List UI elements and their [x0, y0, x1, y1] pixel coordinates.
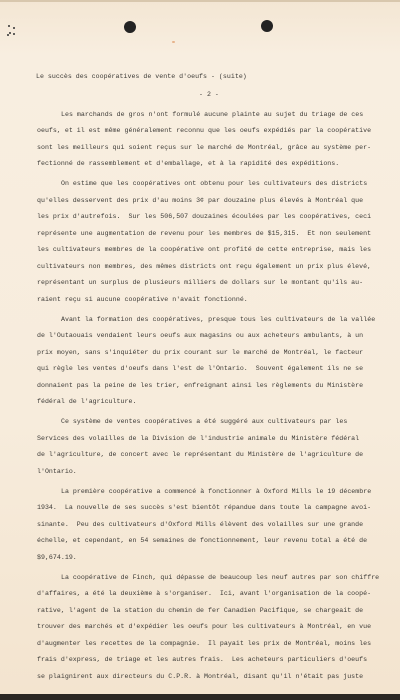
text-line: représente une augmentation de revenu po… — [37, 230, 371, 237]
text-line: d'augmenter les recettes de la compagnie… — [37, 640, 371, 647]
text-line: trouver des marchés et d'expédier les oe… — [37, 623, 371, 630]
text-line: oeufs, et il est même généralement recon… — [37, 127, 371, 134]
punch-hole-left-icon — [124, 21, 136, 33]
text-line: fectionné de rassemblement et d'emballag… — [37, 160, 339, 167]
document-page: Le succès des coopératives de vente d'oe… — [0, 0, 400, 694]
text-line: 1934. La nouvelle de ses succès s'est bi… — [37, 504, 371, 511]
text-line: échelle, et cependant, en 54 semaines de… — [37, 537, 367, 544]
scan-bottom-edge — [0, 694, 400, 700]
page-top-edge — [0, 0, 400, 2]
text-line: sinante. Peu des cultivateurs d'Oxford M… — [37, 521, 363, 528]
text-line: les cultivateurs membres de la coopérati… — [37, 246, 371, 253]
text-line: donnaient pas la peine de les trier, enf… — [37, 382, 363, 389]
page-number: - 2 - — [199, 91, 219, 98]
text-line: d'affaires, a été la deuxième à s'organi… — [37, 590, 371, 597]
text-line: Les marchands de gros n'ont formulé aucu… — [61, 111, 363, 118]
text-line: de l'agriculture, de concert avec le rep… — [37, 451, 363, 458]
text-line: représentant un surplus de plusieurs mil… — [37, 279, 363, 286]
text-line: frais d'express, de triage et les autres… — [37, 656, 367, 663]
text-line: de l'Outaouais vendaient leurs oeufs aux… — [37, 332, 363, 339]
text-line: cultivateurs non membres, des mêmes dist… — [37, 263, 371, 270]
text-line: qui règle les ventes d'oeufs dans l'est … — [37, 365, 363, 372]
text-line: fédéral de l'agriculture. — [37, 398, 136, 405]
document-heading: Le succès des coopératives de vente d'oe… — [36, 73, 247, 80]
corner-mark-icon — [6, 24, 16, 38]
text-line: La coopérative de Finch, qui dépasse de … — [61, 574, 379, 581]
text-line: qu'elles desservent des prix d'au moins … — [37, 197, 363, 204]
text-line: rative, l'agent de la station du chemin … — [37, 607, 363, 614]
text-line: La première coopérative a commencé à fon… — [61, 488, 371, 495]
text-line: les prix d'autrefois. Sur les 506,507 do… — [37, 213, 371, 220]
text-line: Avant la formation des coopératives, pre… — [61, 316, 375, 323]
text-line: se plaignirent aux directeurs du C.P.R. … — [37, 673, 363, 680]
punch-hole-right-icon — [261, 20, 273, 32]
text-line: l'Ontario. — [37, 468, 77, 475]
text-line: prix moyen, sans s'inquiéter du prix cou… — [37, 349, 363, 356]
paper-speck — [172, 41, 175, 43]
text-line: raient reçu si aucune coopérative n'avai… — [37, 296, 248, 303]
text-line: sont les meilleurs qui soient reçus sur … — [37, 144, 371, 151]
text-line: $9,674.19. — [37, 554, 77, 561]
text-line: Ce système de ventes coopératives a été … — [61, 418, 347, 425]
text-line: On estime que les coopératives ont obten… — [61, 180, 367, 187]
text-line: Services des volailles de la Division de… — [37, 435, 359, 442]
